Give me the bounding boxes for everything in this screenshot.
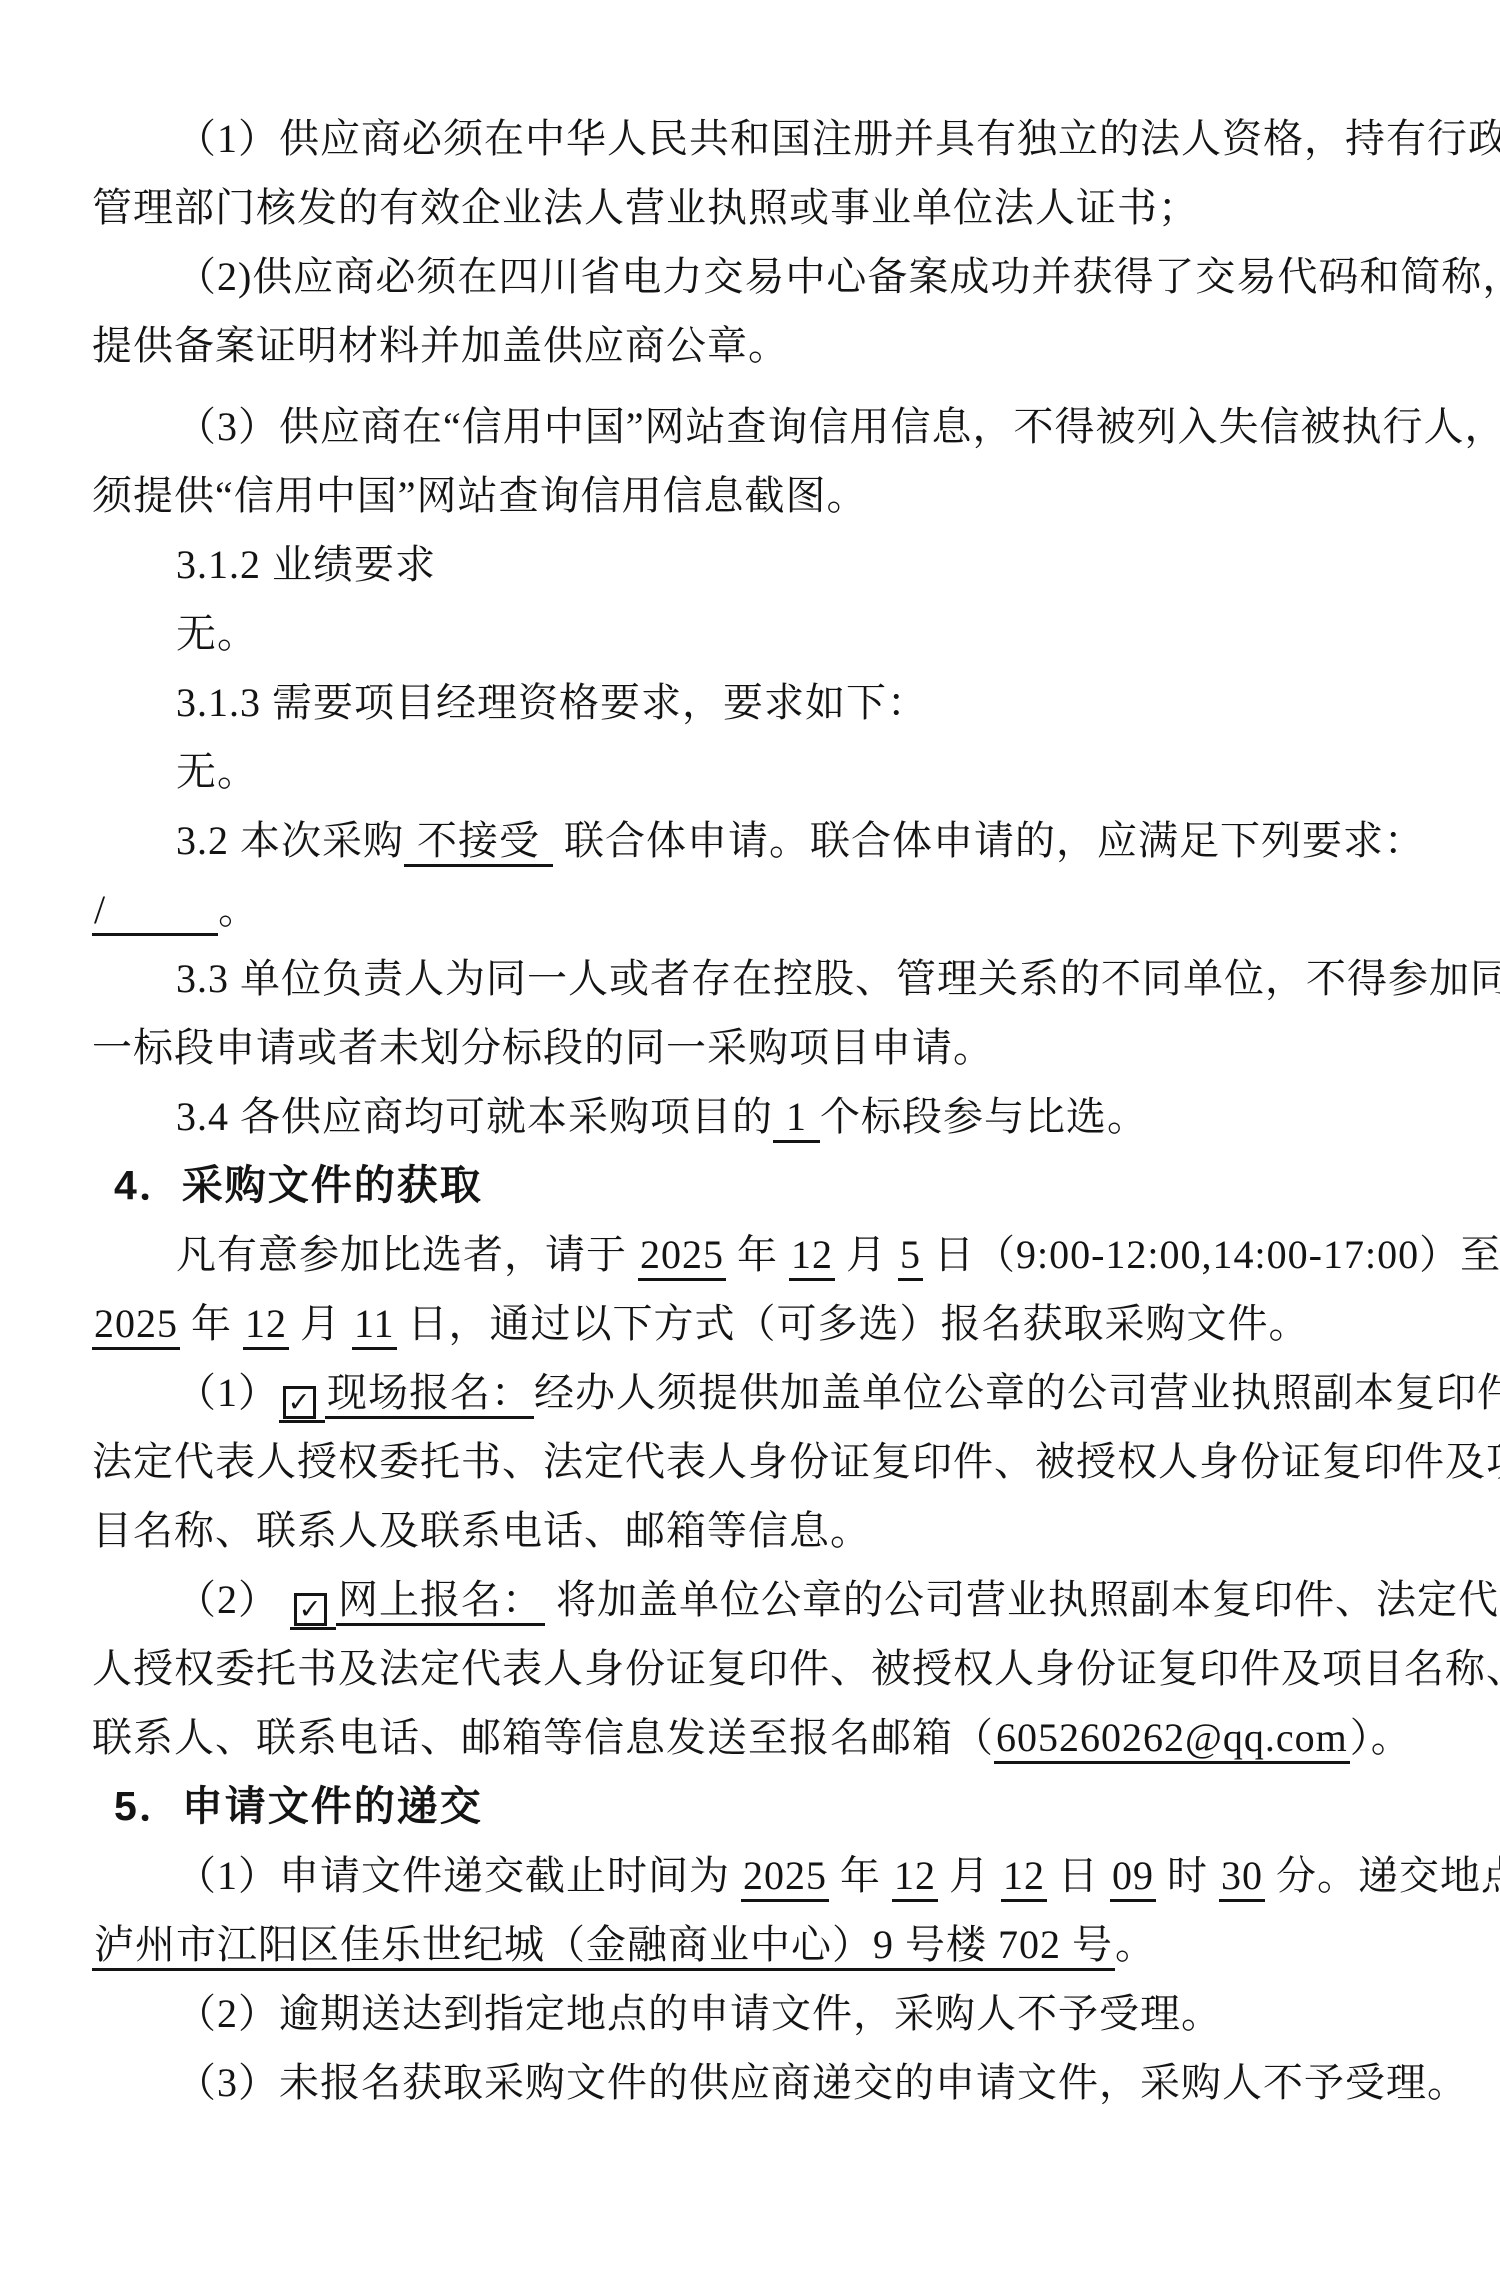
text-run: 5．申请文件的递交	[114, 1783, 483, 1829]
document-line: 须提供“信用中国”网站查询信用信息截图。	[92, 461, 1422, 530]
document-line: （3）供应商在“信用中国”网站查询信用信息，不得被列入失信被执行人，	[92, 392, 1422, 461]
text-run: ）。	[1350, 1715, 1412, 1760]
document-line: （1）供应商必须在中华人民共和国注册并具有独立的法人资格，持有行政	[92, 104, 1422, 173]
document-line: 3.3 单位负责人为同一人或者存在控股、管理关系的不同单位，不得参加同	[92, 944, 1422, 1013]
text-run: 日	[1047, 1853, 1110, 1898]
text-run: 。	[218, 887, 259, 932]
page-content: （1）供应商必须在中华人民共和国注册并具有独立的法人资格，持有行政管理部门核发的…	[92, 104, 1422, 2117]
text-run: （2）逾期送达到指定地点的申请文件，采购人不予受理。	[176, 1991, 1222, 2036]
text-run: （2)供应商必须在四川省电力交易中心备案成功并获得了交易代码和简称，	[176, 254, 1500, 299]
text-run: 1	[773, 1094, 820, 1143]
document-line: 法定代表人授权委托书、法定代表人身份证复印件、被授权人身份证复印件及项	[92, 1427, 1422, 1496]
checkbox-wrap: ✓	[279, 1373, 325, 1423]
text-run: 目名称、联系人及联系电话、邮箱等信息。	[92, 1508, 871, 1553]
text-run: 时	[1156, 1853, 1219, 1898]
text-run: 月	[835, 1232, 898, 1277]
text-run: 网上报名：	[336, 1577, 545, 1626]
text-run: 一标段申请或者未划分标段的同一采购项目申请。	[92, 1025, 994, 1070]
text-run: 现场报名：	[325, 1370, 534, 1419]
text-run: 11	[352, 1301, 397, 1350]
text-run: 将加盖单位公章的公司营业执照副本复印件、法定代表	[545, 1577, 1500, 1622]
checkbox-checked-icon: ✓	[294, 1593, 327, 1626]
text-run: 月	[289, 1301, 352, 1346]
text-run: 提供备案证明材料并加盖供应商公章。	[92, 323, 789, 368]
text-run: 3.2 本次采购	[176, 818, 404, 863]
document-line: （2)供应商必须在四川省电力交易中心备案成功并获得了交易代码和简称，	[92, 242, 1422, 311]
document-line: （1）✓现场报名：经办人须提供加盖单位公章的公司营业执照副本复印件、	[92, 1358, 1422, 1427]
document-line: / 。	[92, 875, 1422, 944]
text-run: 个标段参与比选。	[820, 1094, 1148, 1139]
text-run: 日，通过以下方式（可多选）报名获取采购文件。	[397, 1301, 1310, 1346]
text-run: （3）供应商在“信用中国”网站查询信用信息，不得被列入失信被执行人，	[176, 404, 1500, 449]
text-run: 12	[1001, 1853, 1047, 1902]
document-line: 提供备案证明材料并加盖供应商公章。	[92, 311, 1422, 380]
text-run: 3.4 各供应商均可就本采购项目的	[176, 1094, 773, 1139]
document-line: （2）逾期送达到指定地点的申请文件，采购人不予受理。	[92, 1979, 1422, 2048]
text-run: 2025	[638, 1232, 726, 1281]
text-run: 人授权委托书及法定代表人身份证复印件、被授权人身份证复印件及项目名称、	[92, 1646, 1500, 1691]
document-line: 3.1.2 业绩要求	[92, 530, 1422, 599]
text-run: 605260262@qq.com	[994, 1715, 1350, 1764]
document-line: 管理部门核发的有效企业法人营业执照或事业单位法人证书；	[92, 173, 1422, 242]
document-line: 一标段申请或者未划分标段的同一采购项目申请。	[92, 1013, 1422, 1082]
document-line: 无。	[92, 737, 1422, 806]
text-run: 分。递交地点为	[1265, 1853, 1500, 1898]
text-run: 日（9:00-12:00,14:00-17:00）至	[923, 1232, 1500, 1277]
text-run: （1）	[176, 1370, 279, 1415]
document-line: 无。	[92, 599, 1422, 668]
document-line: 泸州市江阳区佳乐世纪城（金融商业中心）9 号楼 702 号。	[92, 1910, 1422, 1979]
text-run: （2）	[176, 1577, 290, 1622]
document-line: （2） ✓网上报名： 将加盖单位公章的公司营业执照副本复印件、法定代表	[92, 1565, 1422, 1634]
text-run: 泸州市江阳区佳乐世纪城（金融商业中心）9 号楼 702 号	[92, 1922, 1115, 1971]
text-run: 3.1.2 业绩要求	[176, 542, 436, 587]
document-line: 目名称、联系人及联系电话、邮箱等信息。	[92, 1496, 1422, 1565]
text-run: 2025	[92, 1301, 180, 1350]
text-run: 法定代表人授权委托书、法定代表人身份证复印件、被授权人身份证复印件及项	[92, 1439, 1500, 1484]
text-run: 年	[180, 1301, 243, 1346]
text-run: 09	[1110, 1853, 1156, 1902]
text-run: 凡有意参加比选者，请于	[176, 1232, 638, 1277]
text-run: 30	[1219, 1853, 1265, 1902]
checkbox-checked-icon: ✓	[283, 1386, 316, 1419]
document-line: （1）申请文件递交截止时间为 2025 年 12 月 12 日 09 时 30 …	[92, 1841, 1422, 1910]
text-run: 3.1.3 需要项目经理资格要求，要求如下：	[176, 680, 928, 725]
text-run: 2025	[741, 1853, 829, 1902]
document-line: 人授权委托书及法定代表人身份证复印件、被授权人身份证复印件及项目名称、	[92, 1634, 1422, 1703]
document-line: （3）未报名获取采购文件的供应商递交的申请文件，采购人不予受理。	[92, 2048, 1422, 2117]
text-run: 管理部门核发的有效企业法人营业执照或事业单位法人证书；	[92, 185, 1199, 230]
text-run: （3）未报名获取采购文件的供应商递交的申请文件，采购人不予受理。	[176, 2060, 1468, 2105]
text-run: （1）申请文件递交截止时间为	[176, 1853, 741, 1898]
text-run: 12	[243, 1301, 289, 1350]
text-run: 联系人、联系电话、邮箱等信息发送至报名邮箱（	[92, 1715, 994, 1760]
document-page: （1）供应商必须在中华人民共和国注册并具有独立的法人资格，持有行政管理部门核发的…	[0, 0, 1500, 2291]
document-line: 3.2 本次采购 不接受 联合体申请。联合体申请的，应满足下列要求：	[92, 806, 1422, 875]
text-run: 3.3 单位负责人为同一人或者存在控股、管理关系的不同单位，不得参加同	[176, 956, 1500, 1001]
text-run: /	[92, 887, 218, 936]
section-heading: 4．采购文件的获取	[92, 1151, 1422, 1220]
document-line: 3.1.3 需要项目经理资格要求，要求如下：	[92, 668, 1422, 737]
text-run: 4．采购文件的获取	[114, 1162, 483, 1208]
text-run: 。	[1115, 1922, 1156, 1967]
checkbox-wrap: ✓	[290, 1580, 336, 1630]
document-line: 凡有意参加比选者，请于 2025 年 12 月 5 日（9:00-12:00,1…	[92, 1220, 1422, 1289]
text-run: 无。	[176, 749, 258, 794]
document-line: 3.4 各供应商均可就本采购项目的 1 个标段参与比选。	[92, 1082, 1422, 1151]
text-run: 经办人须提供加盖单位公章的公司营业执照副本复印件、	[534, 1370, 1500, 1415]
text-run: 不接受	[404, 818, 553, 867]
text-run: 5	[898, 1232, 923, 1281]
document-line: 2025 年 12 月 11 日，通过以下方式（可多选）报名获取采购文件。	[92, 1289, 1422, 1358]
text-run: 年	[726, 1232, 789, 1277]
text-run: 无。	[176, 611, 258, 656]
text-run: 月	[938, 1853, 1001, 1898]
text-run: 须提供“信用中国”网站查询信用信息截图。	[92, 473, 868, 518]
text-run: 联合体申请。联合体申请的，应满足下列要求：	[553, 818, 1425, 863]
text-run: 12	[892, 1853, 938, 1902]
document-line: 联系人、联系电话、邮箱等信息发送至报名邮箱（605260262@qq.com）。	[92, 1703, 1422, 1772]
text-run: （1）供应商必须在中华人民共和国注册并具有独立的法人资格，持有行政	[176, 116, 1500, 161]
section-heading: 5．申请文件的递交	[92, 1772, 1422, 1841]
text-run: 12	[789, 1232, 835, 1281]
text-run: 年	[829, 1853, 892, 1898]
